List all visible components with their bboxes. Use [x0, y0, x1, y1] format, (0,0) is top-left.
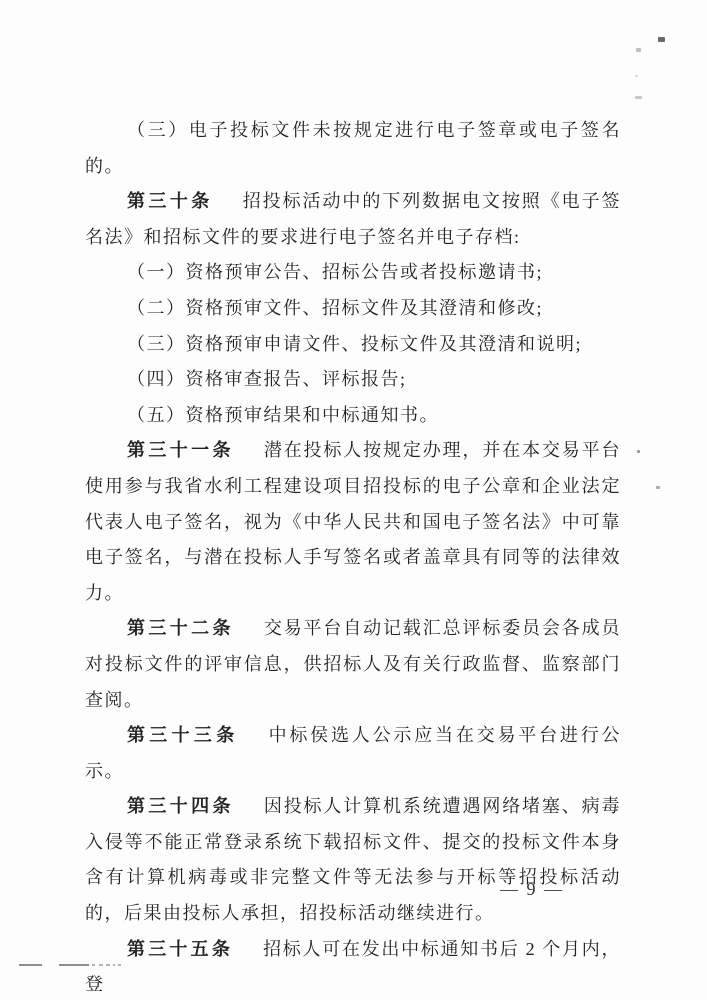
list-item: （二）资格预审文件、招标文件及其澄清和修改;	[85, 291, 621, 327]
article-paragraph: 第三十四条因投标人计算机系统遭遇网络堵塞、病毒入侵等不能正常登录系统下载招标文件…	[85, 789, 621, 931]
list-item-text: （一）资格预审公告、招标公告或者投标邀请书;	[127, 262, 543, 282]
list-item: （四）资格审查报告、评标报告;	[85, 362, 621, 398]
scan-speck	[658, 37, 665, 42]
page-number: — 9 —	[500, 879, 564, 900]
scan-dot-artifact	[118, 964, 121, 966]
article-number: 第三十二条	[127, 618, 234, 638]
article-paragraph: 第三十三条中标侯选人公示应当在交易平台进行公示。	[85, 718, 621, 789]
scan-dot-artifact	[92, 964, 95, 966]
article-number: 第三十一条	[127, 440, 234, 460]
clause-text: （三）电子投标文件未按规定进行电子签章或电子签名的。	[85, 120, 621, 176]
list-item-text: （二）资格预审文件、招标文件及其澄清和修改;	[127, 298, 543, 318]
scan-speck	[656, 486, 660, 489]
article-text: 潜在投标人按规定办理，并在本交易平台使用参与我省水利工程建设项目招投标的电子公章…	[85, 440, 621, 602]
scan-dash-artifact	[19, 964, 42, 966]
scan-dash-artifact	[59, 964, 89, 966]
article-paragraph: 第三十条招投标活动中的下列数据电文按照《电子签名法》和招标文件的要求进行电子签名…	[85, 184, 621, 255]
article-paragraph: 第三十五条招标人可在发出中标通知书后 2 个月内，登	[85, 932, 621, 1000]
scan-speck	[635, 96, 642, 99]
scan-dot-artifact	[99, 964, 103, 966]
article-number: 第三十三条	[127, 725, 239, 745]
clause-item: （三）电子投标文件未按规定进行电子签章或电子签名的。	[85, 113, 621, 184]
scan-dot-artifact	[106, 964, 110, 966]
list-item: （五）资格预审结果和中标通知书。	[85, 398, 621, 434]
article-paragraph: 第三十一条潜在投标人按规定办理，并在本交易平台使用参与我省水利工程建设项目招投标…	[85, 433, 621, 611]
list-item-text: （四）资格审查报告、评标报告;	[127, 369, 407, 389]
list-item: （三）资格预审申请文件、投标文件及其澄清和说明;	[85, 327, 621, 363]
article-number: 第三十五条	[127, 939, 233, 959]
document-page: （三）电子投标文件未按规定进行电子签章或电子签名的。 第三十条招投标活动中的下列…	[0, 0, 707, 1000]
scan-speck	[636, 48, 641, 52]
article-number: 第三十条	[127, 191, 213, 211]
scan-dot-artifact	[113, 964, 115, 966]
document-body: （三）电子投标文件未按规定进行电子签章或电子签名的。 第三十条招投标活动中的下列…	[85, 113, 621, 1000]
article-paragraph: 第三十二条交易平台自动记载汇总评标委员会各成员对投标文件的评审信息，供招标人及有…	[85, 611, 621, 718]
scan-speck	[637, 450, 640, 453]
list-item-text: （三）资格预审申请文件、投标文件及其澄清和说明;	[127, 334, 582, 354]
article-number: 第三十四条	[127, 796, 234, 816]
list-item-text: （五）资格预审结果和中标通知书。	[127, 405, 439, 425]
list-item: （一）资格预审公告、招标公告或者投标邀请书;	[85, 255, 621, 291]
scan-speck	[635, 75, 638, 77]
